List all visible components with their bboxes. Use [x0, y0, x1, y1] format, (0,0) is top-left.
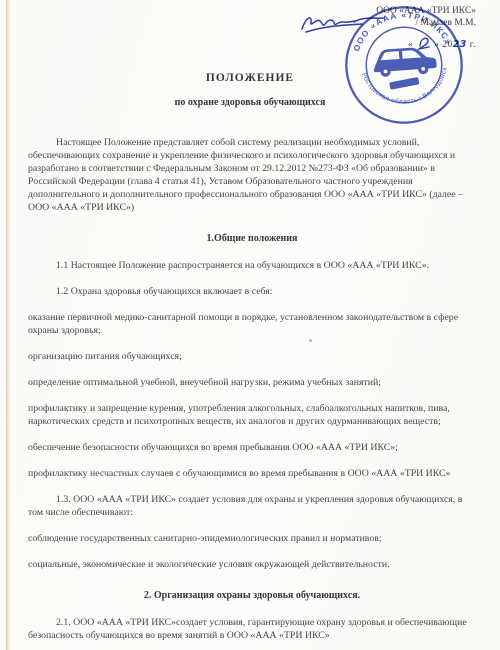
stamp-plate-bar — [389, 77, 419, 90]
scan-speck — [309, 339, 312, 342]
stamp-ring-top-text: ООО «ААА «ТРИ ИКС» — [348, 6, 454, 53]
paragraph: организацию питания обучающихся; — [28, 350, 476, 363]
paragraph: определение оптимальной учебной, внеучеб… — [28, 376, 476, 389]
paragraph: 1.2 Охрана здоровья обучающихся включает… — [28, 285, 476, 298]
paragraph: 1.1 Настоящее Положение распространяется… — [28, 259, 476, 272]
paragraph: обеспечение безопасности обучающихся во … — [28, 441, 476, 454]
paragraph: соблюдение государственных санитарно-эпи… — [28, 532, 476, 545]
company-stamp: ООО «ААА «ТРИ ИКС» Ростовская область г.… — [337, 0, 472, 134]
paragraph: оказание первичной медико-санитарной пом… — [28, 311, 476, 337]
paragraph: социальные, экономические и экологически… — [28, 558, 476, 571]
section-heading: 1.Общие положения — [28, 232, 476, 245]
stamp-ring-bottom-text: Ростовская область г.Волгодонск — [360, 66, 451, 109]
paragraph: профилактику несчастных случаев с обучаю… — [28, 467, 476, 480]
svg-text:Ростовская область г.Волгодонс: Ростовская область г.Волгодонск — [360, 66, 451, 109]
paragraph: профилактику и запрещение курения, употр… — [28, 402, 476, 428]
paragraph: Настоящее Положение представляет собой с… — [28, 136, 476, 214]
svg-text:ООО «ААА «ТРИ ИКС»: ООО «ААА «ТРИ ИКС» — [348, 6, 454, 53]
paragraph: 1.3. ООО «ААА «ТРИ ИКС» создает условия … — [28, 493, 476, 519]
section-heading: 2. Организация охраны здоровья обучающих… — [28, 589, 476, 602]
paragraph: 2.1. ООО «ААА «ТРИ ИКС»создает условия, … — [28, 616, 476, 642]
document-page: ООО «ААА «ТРИ ИКС» / Мамаев М.М. «» 2023… — [0, 0, 500, 650]
date-suffix: г. — [467, 40, 476, 50]
document-body: Настоящее Положение представляет собой с… — [28, 136, 476, 642]
car-icon — [373, 46, 439, 91]
